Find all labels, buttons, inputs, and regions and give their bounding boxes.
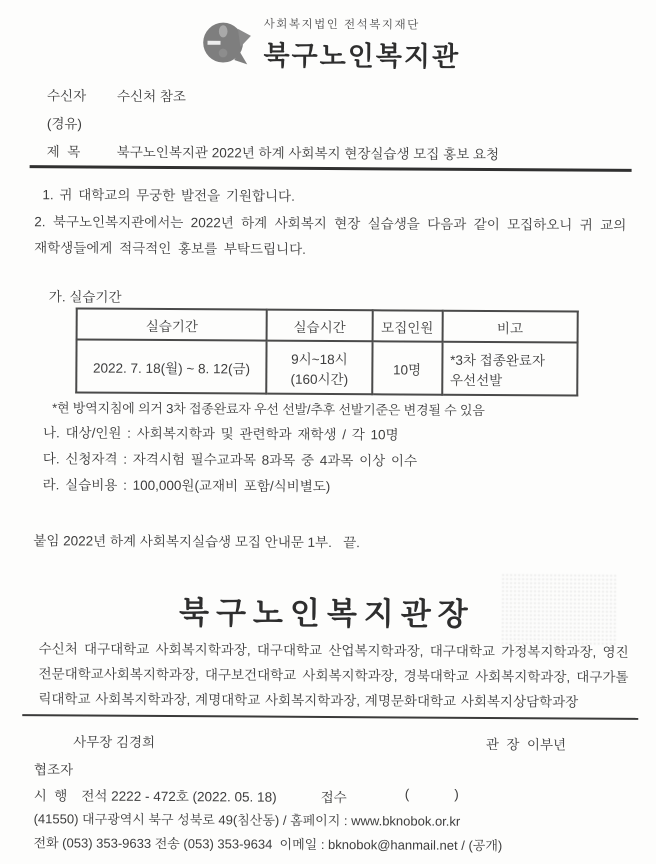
table-header-count: 모집인원: [372, 310, 442, 341]
table-cell-period: 2022. 7. 18(월) ~ 8. 12(금): [76, 339, 267, 393]
internship-table: 실습기간 실습시간 모집인원 비고 2022. 7. 18(월) ~ 8. 12…: [75, 307, 579, 396]
subject-value: 북구노인복지관 2022년 하계 사회복지 현장실습생 모집 홍보 요청: [117, 143, 499, 166]
section-b-target: 나. 대상/인원 : 사회복지학과 및 관련학과 재학생 / 각 10명: [43, 421, 399, 443]
document-page: 사회복지법인 전석복지재단 북구노인복지관 수신자 수신처 참조 (경유) 제 …: [0, 0, 656, 864]
table-cell-time: 9시~18시 (160시간): [267, 341, 373, 395]
table-cell-count: 10명: [372, 341, 442, 394]
foundation-name: 사회복지법인 전석복지재단: [264, 16, 461, 33]
recipient-value: 수신처 참조: [117, 87, 186, 108]
cooperator-label: 협조자: [34, 758, 73, 778]
subject-row: 제 목 북구노인복지관 2022년 하계 사회복지 현장실습생 모집 홍보 요청: [47, 142, 632, 166]
letterhead: 사회복지법인 전석복지재단 북구노인복지관: [200, 15, 460, 74]
vaccination-note: *현 방역지침에 의거 3차 접종완료자 우선 선발/추후 선발기준은 변경될 …: [52, 397, 485, 419]
via-row: (경유): [47, 114, 632, 138]
section-a-heading: 가. 실습기간: [49, 285, 122, 305]
subject-label: 제 목: [47, 142, 117, 163]
staff-signer: 사무장 김경희: [73, 730, 155, 751]
remark-line-1: *3차 접종완료자: [450, 348, 576, 369]
paragraph-greeting: 1. 귀 대학교의 무궁한 발전을 기원합니다.: [42, 183, 295, 205]
time-line-1: 9시~18시: [268, 347, 371, 368]
table-header-row: 실습기간 실습시간 모집인원 비고: [77, 308, 578, 342]
official-seal-stamp: [501, 573, 617, 646]
organization-name: 북구노인복지관: [263, 34, 460, 74]
receipt-label: 접수: [321, 786, 347, 806]
table-header-time: 실습시간: [267, 310, 372, 342]
time-line-2: (160시간): [268, 367, 371, 388]
document-number-row: 시 행 전석 2222 - 472호 (2022. 05. 18) 접수 ( ): [34, 784, 459, 807]
recipient-label: 수신자: [47, 86, 117, 107]
table-header-remark: 비고: [442, 311, 577, 343]
remark-line-2: 우선선발: [450, 368, 576, 389]
document-header-block: 수신자 수신처 참조 (경유) 제 목 북구노인복지관 2022년 하계 사회복…: [47, 86, 633, 173]
address-line: (41550) 대구광역시 북구 성북로 49(침산동) / 홈페이지 : ww…: [34, 808, 461, 830]
table-row: 2022. 7. 18(월) ~ 8. 12(금) 9시~18시 (160시간)…: [76, 339, 577, 395]
scan-tilt-wrapper: 사회복지법인 전석복지재단 북구노인복지관 수신자 수신처 참조 (경유) 제 …: [0, 0, 656, 864]
receipt-blank: ( ): [405, 786, 459, 806]
organization-logo-icon: [200, 17, 252, 71]
letterhead-text: 사회복지법인 전석복지재단 북구노인복지관: [263, 16, 460, 74]
via-label: (경유): [47, 114, 82, 135]
paragraph-request: 2. 북구노인복지관에서는 2022년 하계 사회복지 현장 실습생을 다음과 …: [34, 209, 626, 265]
recipient-row: 수신자 수신처 참조: [47, 86, 632, 110]
table-header-period: 실습기간: [77, 308, 268, 340]
section-c-qualification: 다. 신청자격 : 자격시험 필수교과목 8과목 중 4과목 이상 이수: [43, 447, 417, 469]
document-number: 전석 2222 - 472호 (2022. 05. 18): [81, 785, 276, 806]
table-cell-remark: *3차 접종완료자 우선선발: [442, 342, 578, 396]
attachment-line: 붙임 2022년 하계 사회복지실습생 모집 안내문 1부. 끝.: [33, 529, 360, 551]
section-d-fee: 라. 실습비용 : 100,000원(교재비 포함/식비별도): [43, 473, 331, 495]
recipient-list: 수신처 대구대학교 사회복지학과장, 대구대학교 산업복지학과장, 대구대학교 …: [38, 636, 628, 715]
footer-divider-rule: [22, 714, 638, 720]
contact-line: 전화 (053) 353-9633 전송 (053) 353-9634 이메일 …: [33, 832, 502, 854]
officials-row: 사무장 김경희 관 장 이부년: [73, 730, 566, 753]
issue-label: 시 행: [34, 784, 68, 804]
director-signer: 관 장 이부년: [486, 733, 566, 753]
